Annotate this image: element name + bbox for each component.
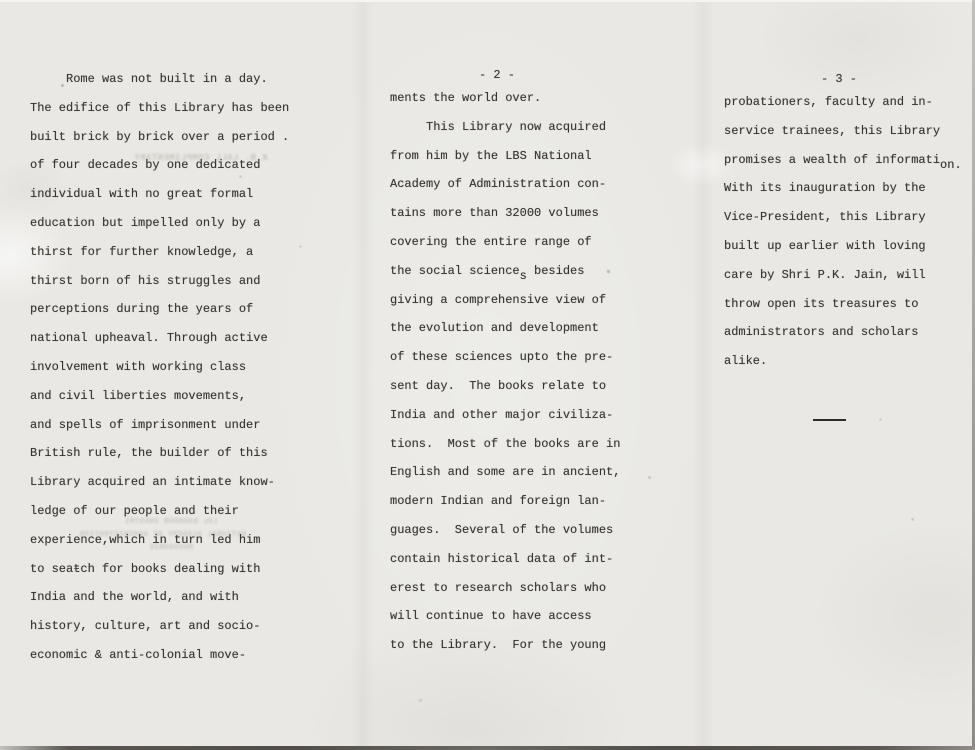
page-3-number: - 3 - (821, 72, 857, 86)
text-line: from him by the LBS National (390, 142, 620, 171)
page-2-number: - 2 - (479, 68, 515, 82)
text-segment: the social science (390, 264, 520, 278)
text-line: of these sciences upto the pre- (390, 343, 620, 372)
text-line: and civil liberties movements, (30, 382, 289, 411)
text-line: the social sciences besides (390, 257, 620, 286)
text-line: care by Shri P.K. Jain, will (724, 261, 962, 290)
text-line: and spells of imprisonment under (30, 411, 289, 440)
text-segment: promises a wealth of informati (724, 153, 940, 167)
text-line: modern Indian and foreign lan- (390, 487, 620, 516)
text-line: of four decades by one dedicated (30, 151, 289, 180)
text-line: India and other major civiliza- (390, 401, 620, 430)
text-line: With its inauguration by the (724, 174, 962, 203)
end-rule (813, 419, 846, 421)
text-line: British rule, the builder of this (30, 439, 289, 468)
text-line: throw open its treasures to (724, 290, 962, 319)
text-line: tains more than 32000 volumes (390, 199, 620, 228)
text-line: thirst born of his struggles and (30, 267, 289, 296)
text-line: giving a comprehensive view of (390, 286, 620, 315)
text-line: will continue to have access (390, 602, 620, 631)
page-3-text-column: probationers, faculty and in-service tra… (724, 88, 962, 376)
text-line: tions. Most of the books are in (390, 430, 620, 459)
page-2-text-column: ments the world over. This Library now a… (390, 84, 620, 660)
text-line: Academy of Administration con- (390, 170, 620, 199)
text-line: ledge of our people and their (30, 497, 289, 526)
text-line: national upheaval. Through active (30, 324, 289, 353)
text-line: Library acquired an intimate know- (30, 468, 289, 497)
page-fold-left (352, 0, 374, 750)
text-line: covering the entire range of (390, 228, 620, 257)
text-line: India and the world, and with (30, 583, 289, 612)
text-line: This Library now acquired (390, 113, 620, 142)
text-line: administrators and scholars (724, 318, 962, 347)
text-line: experience,which in turn led him (30, 526, 289, 555)
text-line: to seaŧch for books dealing with (30, 555, 289, 584)
text-line: economic & anti-colonial move- (30, 641, 289, 670)
text-line: involvement with working class (30, 353, 289, 382)
text-line: to the Library. For the young (390, 631, 620, 660)
text-line: service trainees, this Library (724, 117, 962, 146)
text-line: guages. Several of the volumes (390, 516, 620, 545)
text-line: contain historical data of int- (390, 545, 620, 574)
text-line: erest to research scholars who (390, 574, 620, 603)
text-line: individual with no great formal (30, 180, 289, 209)
text-line: ments the world over. (390, 84, 620, 113)
text-line: probationers, faculty and in- (724, 88, 962, 117)
text-line: Rome was not built in a day. (30, 65, 289, 94)
paper-speckles (0, 0, 1, 1)
text-line: The edifice of this Library has been (30, 94, 289, 123)
text-line: perceptions during the years of (30, 295, 289, 324)
text-line: history, culture, art and socio- (30, 612, 289, 641)
text-line: promises a wealth of information. (724, 146, 962, 175)
text-line: thirst for further knowledge, a (30, 238, 289, 267)
text-line: built brick by brick over a period . (30, 123, 289, 152)
dropped-character: on. (940, 158, 962, 172)
dropped-character: s (520, 269, 527, 283)
text-line: the evolution and development (390, 314, 620, 343)
page-fold-right (692, 0, 714, 750)
text-line: English and some are in ancient, (390, 458, 620, 487)
scanned-document: { "colors": { "paper": "#e9e8e4", "ink":… (0, 0, 975, 750)
text-line: built up earlier with loving (724, 232, 962, 261)
page-1-text-column: Rome was not built in a day.The edifice … (30, 65, 289, 670)
scan-edge-top (0, 0, 975, 2)
text-line: education but impelled only by a (30, 209, 289, 238)
scan-edge-bottom (0, 746, 975, 750)
text-segment: besides (527, 264, 585, 278)
text-line: alike. (724, 347, 962, 376)
text-line: Vice-President, this Library (724, 203, 962, 232)
text-line: sent day. The books relate to (390, 372, 620, 401)
